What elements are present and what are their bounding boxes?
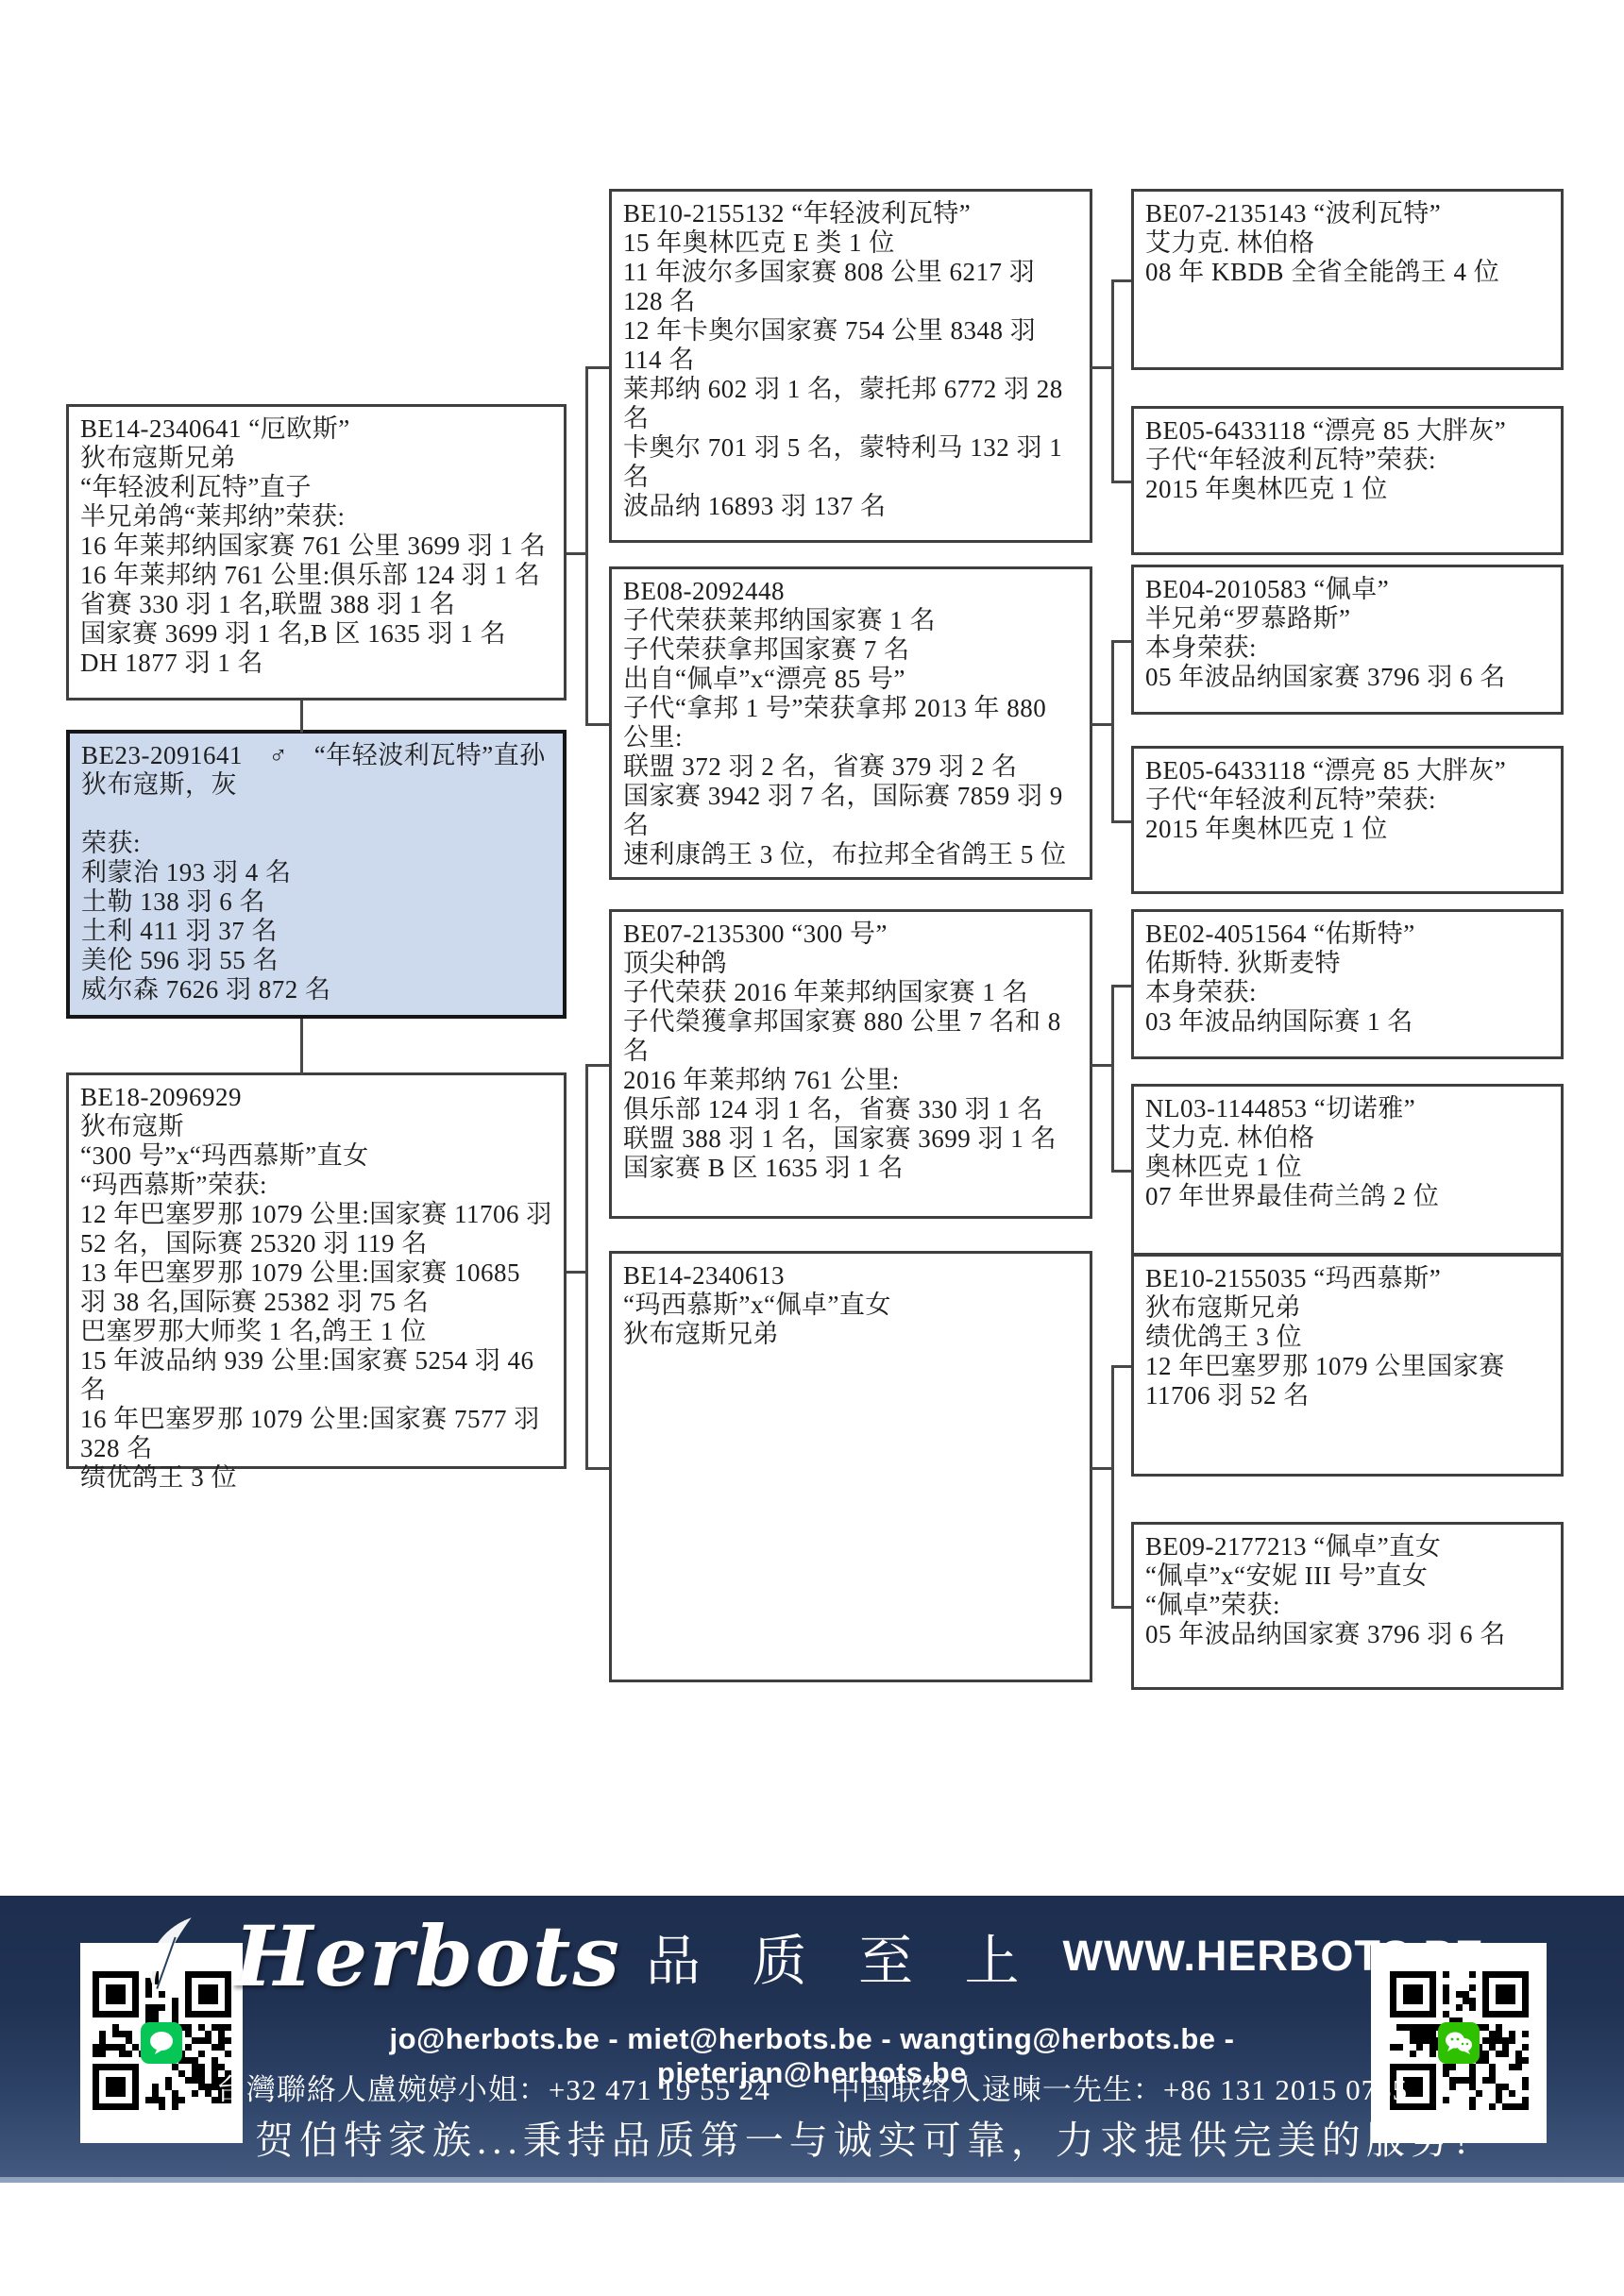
pedigree-line: 半兄弟鸽“莱邦纳”荣获: <box>80 502 552 532</box>
pedigree-line: 半兄弟“罗慕路斯” <box>1145 604 1549 633</box>
pedigree-line <box>81 800 551 829</box>
pedigree-line: BE05-6433118 “漂亮 85 大胖灰” <box>1145 416 1549 446</box>
pedigree-line: “玛西慕斯”x“佩卓”直女 <box>623 1291 1078 1320</box>
pedigree-connector <box>585 1064 588 1467</box>
pedigree-line: BE09-2177213 “佩卓”直女 <box>1145 1532 1549 1562</box>
pedigree-connector <box>1111 1365 1114 1606</box>
pedigree-document: BE14-2340641 “厄欧斯”狄布寇斯兄弟“年轻波利瓦特”直子半兄弟鸽“莱… <box>0 0 1624 2296</box>
pedigree-line: 顶尖种鸽 <box>623 949 1078 978</box>
brand-row: Herbots 品 质 至 上 WWW.HERBOTS.BE <box>255 1909 1369 2003</box>
pedigree-connector <box>585 366 588 724</box>
pedigree-line: BE02-4051564 “佑斯特” <box>1145 920 1549 949</box>
pedigree-line: 美伦 596 羽 55 名 <box>81 946 551 975</box>
pedigree-connector <box>585 1467 609 1470</box>
contact-taiwan: 台灣聯絡人盧婉婷小姐：+32 471 19 55 24 <box>216 2066 770 2108</box>
pedigree-box-r6: NL03-1144853 “切诺雅”艾力克. 林伯格奥林匹克 1 位07 年世界… <box>1131 1084 1564 1256</box>
pedigree-line: “玛西慕斯”荣获: <box>80 1171 552 1200</box>
pedigree-line: 2015 年奥林匹克 1 位 <box>1145 815 1549 844</box>
pedigree-line: 子代“年轻波利瓦特”荣获: <box>1145 446 1549 475</box>
pedigree-line: 子代“拿邦 1 号”荣获拿邦 2013 年 880 公里: <box>623 694 1078 752</box>
pedigree-line: 15 年波品纳 939 公里:国家赛 5254 羽 46 名 <box>80 1346 552 1405</box>
pedigree-line: 绩优鸽王 3 位 <box>1145 1323 1549 1352</box>
pedigree-connector <box>585 723 609 726</box>
pedigree-line: 13 年巴塞罗那 1079 公里:国家赛 10685 羽 38 名,国际赛 25… <box>80 1258 552 1317</box>
pedigree-line: 12 年卡奥尔国家赛 754 公里 8348 羽 114 名 <box>623 316 1078 375</box>
pedigree-line: 07 年世界最佳荷兰鸽 2 位 <box>1145 1182 1549 1211</box>
footer-slogan: 贺伯特家族...秉持品质第一与诚实可靠，力求提供完美的服务! <box>255 2109 1369 2165</box>
pedigree-connector <box>1111 640 1131 643</box>
pedigree-box-r3: BE04-2010583 “佩卓”半兄弟“罗慕路斯”本身荣获:05 年波品纳国家… <box>1131 565 1564 715</box>
pedigree-line: 奥林匹克 1 位 <box>1145 1153 1549 1182</box>
pedigree-line: 子代荣获 2016 年莱邦纳国家赛 1 名 <box>623 978 1078 1007</box>
pedigree-line: 08 年 KBDB 全省全能鸽王 4 位 <box>1145 258 1549 287</box>
pedigree-connector <box>1111 481 1131 483</box>
pedigree-line: 子代荣获莱邦纳国家赛 1 名 <box>623 606 1078 635</box>
pedigree-box-m3: BE07-2135300 “300 号”顶尖种鸽子代荣获 2016 年莱邦纳国家… <box>609 909 1092 1219</box>
pedigree-line: 12 年巴塞罗那 1079 公里:国家赛 11706 羽 52 名，国际赛 25… <box>80 1200 552 1258</box>
pedigree-box-m4: BE14-2340613“玛西慕斯”x“佩卓”直女狄布寇斯兄弟 <box>609 1251 1092 1682</box>
pedigree-box-r1: BE07-2135143 “波利瓦特”艾力克. 林伯格08 年 KBDB 全省全… <box>1131 189 1564 370</box>
pedigree-line: 国家赛 3699 羽 1 名,B 区 1635 羽 1 名 <box>80 619 552 649</box>
pedigree-line: 国家赛 B 区 1635 羽 1 名 <box>623 1154 1078 1183</box>
pedigree-line: 2015 年奥林匹克 1 位 <box>1145 475 1549 504</box>
pedigree-line: 波品纳 16893 羽 137 名 <box>623 492 1078 521</box>
pedigree-line: “佩卓”荣获: <box>1145 1591 1549 1620</box>
pedigree-box-r5: BE02-4051564 “佑斯特”佑斯特. 狄斯麦特本身荣获:03 年波品纳国… <box>1131 909 1564 1059</box>
pedigree-line: BE18-2096929 <box>80 1083 552 1112</box>
pedigree-line: 子代荣获拿邦国家赛 7 名 <box>623 635 1078 665</box>
pedigree-line: 土利 411 羽 37 名 <box>81 917 551 946</box>
pedigree-line: BE08-2092448 <box>623 577 1078 606</box>
pedigree-box-m2: BE08-2092448子代荣获莱邦纳国家赛 1 名子代荣获拿邦国家赛 7 名出… <box>609 566 1092 880</box>
pedigree-line: 狄布寇斯兄弟 <box>80 444 552 473</box>
pedigree-box-r2: BE05-6433118 “漂亮 85 大胖灰”子代“年轻波利瓦特”荣获:201… <box>1131 406 1564 555</box>
pedigree-line: 本身荣获: <box>1145 633 1549 663</box>
pedigree-line: “300 号”x“玛西慕斯”直女 <box>80 1141 552 1171</box>
pedigree-line: BE10-2155035 “玛西慕斯” <box>1145 1264 1549 1293</box>
pedigree-line: 出自“佩卓”x“漂亮 85 号” <box>623 665 1078 694</box>
pedigree-connector <box>585 366 609 369</box>
pedigree-line: 本身荣获: <box>1145 978 1549 1007</box>
pedigree-connector <box>300 701 303 733</box>
pedigree-box-r4: BE05-6433118 “漂亮 85 大胖灰”子代“年轻波利瓦特”荣获:201… <box>1131 746 1564 894</box>
pedigree-connector <box>1111 820 1131 823</box>
pedigree-line: 佑斯特. 狄斯麦特 <box>1145 949 1549 978</box>
wechat-app-icon <box>1438 2022 1480 2064</box>
pedigree-line: 12 年巴塞罗那 1079 公里国家赛 11706 羽 52 名 <box>1145 1352 1549 1410</box>
pedigree-line: BE23-2091641 ♂ “年轻波利瓦特”直孙 <box>81 741 551 770</box>
pedigree-line: 艾力克. 林伯格 <box>1145 228 1549 258</box>
pedigree-line: 子代“年轻波利瓦特”荣获: <box>1145 785 1549 815</box>
pedigree-connector <box>1111 640 1114 820</box>
pedigree-line: 速利康鸽王 3 位，布拉邦全省鸽王 5 位 <box>623 840 1078 869</box>
pedigree-line: 卡奥尔 701 羽 5 名，蒙特利马 132 羽 1 名 <box>623 433 1078 492</box>
pedigree-line: 狄布寇斯 <box>80 1112 552 1141</box>
pedigree-box-mother: BE18-2096929狄布寇斯“300 号”x“玛西慕斯”直女“玛西慕斯”荣获… <box>66 1072 567 1469</box>
pedigree-line: 巴塞罗那大师奖 1 名,鸽王 1 位 <box>80 1317 552 1346</box>
contact-china: 中国联络人逯暕一先生：+86 131 2015 0755 <box>831 2066 1408 2108</box>
pedigree-connector <box>1111 279 1131 282</box>
pedigree-line: BE10-2155132 “年轻波利瓦特” <box>623 199 1078 228</box>
pedigree-connector <box>1111 985 1131 988</box>
pedigree-connector <box>1111 1170 1131 1173</box>
pedigree-line: 狄布寇斯兄弟 <box>1145 1293 1549 1323</box>
line-app-icon <box>141 2022 182 2064</box>
pedigree-line: DH 1877 羽 1 名 <box>80 649 552 678</box>
pedigree-line: BE04-2010583 “佩卓” <box>1145 575 1549 604</box>
pedigree-line: 16 年莱邦纳国家赛 761 公里 3699 羽 1 名 <box>80 532 552 561</box>
pedigree-connector <box>585 1064 609 1067</box>
pedigree-line: BE14-2340641 “厄欧斯” <box>80 414 552 444</box>
pedigree-line: 11 年波尔多国家赛 808 公里 6217 羽 128 名 <box>623 258 1078 316</box>
pedigree-line: 联盟 372 羽 2 名，省赛 379 羽 2 名 <box>623 752 1078 782</box>
pedigree-line: 莱邦纳 602 羽 1 名，蒙托邦 6772 羽 28 名 <box>623 375 1078 433</box>
pedigree-box-m1: BE10-2155132 “年轻波利瓦特”15 年奥林匹克 E 类 1 位11 … <box>609 189 1092 543</box>
pedigree-line: 荣获: <box>81 829 551 858</box>
pedigree-line: 威尔森 7626 羽 872 名 <box>81 975 551 1004</box>
pedigree-line: 子代榮獲拿邦国家赛 880 公里 7 名和 8 名 <box>623 1007 1078 1066</box>
pedigree-box-subject: BE23-2091641 ♂ “年轻波利瓦特”直孙狄布寇斯，灰荣获:利蒙治 19… <box>66 730 567 1019</box>
pedigree-connector <box>300 1019 303 1075</box>
pedigree-line: 俱乐部 124 羽 1 名，省赛 330 羽 1 名 <box>623 1095 1078 1124</box>
pedigree-box-father: BE14-2340641 “厄欧斯”狄布寇斯兄弟“年轻波利瓦特”直子半兄弟鸽“莱… <box>66 404 567 701</box>
pedigree-line: 05 年波品纳国家赛 3796 羽 6 名 <box>1145 1620 1549 1649</box>
brand-logo-text: Herbots <box>234 1909 621 2003</box>
pedigree-box-r7: BE10-2155035 “玛西慕斯”狄布寇斯兄弟绩优鸽王 3 位12 年巴塞罗… <box>1131 1254 1564 1477</box>
pedigree-line: 艾力克. 林伯格 <box>1145 1123 1549 1153</box>
pedigree-line: 国家赛 3942 羽 7 名，国际赛 7859 羽 9 名 <box>623 782 1078 840</box>
website-url: WWW.HERBOTS.BE <box>1062 1932 1483 1981</box>
brand-tagline: 品 质 至 上 <box>646 1916 1039 1996</box>
pedigree-line: 土勒 138 羽 6 名 <box>81 887 551 917</box>
pedigree-line: 05 年波品纳国家赛 3796 羽 6 名 <box>1145 663 1549 692</box>
pedigree-line: BE14-2340613 <box>623 1261 1078 1291</box>
pedigree-line: 狄布寇斯兄弟 <box>623 1320 1078 1349</box>
pedigree-line: 绩优鸽王 3 位 <box>80 1463 552 1493</box>
pedigree-line: 狄布寇斯，灰 <box>81 770 551 800</box>
pedigree-line: BE05-6433118 “漂亮 85 大胖灰” <box>1145 756 1549 785</box>
pedigree-line: “佩卓”x“安妮 III 号”直女 <box>1145 1562 1549 1591</box>
pedigree-connector <box>1111 985 1114 1171</box>
pedigree-line: “年轻波利瓦特”直子 <box>80 473 552 502</box>
pedigree-connector <box>1111 279 1114 481</box>
pedigree-line: 省赛 330 羽 1 名,联盟 388 羽 1 名 <box>80 590 552 619</box>
pedigree-line: NL03-1144853 “切诺雅” <box>1145 1094 1549 1123</box>
contact-row: 台灣聯絡人盧婉婷小姐：+32 471 19 55 24 中国联络人逯暕一先生：+… <box>255 2066 1369 2108</box>
pedigree-line: 利蒙治 193 羽 4 名 <box>81 858 551 887</box>
pedigree-line: 03 年波品纳国际赛 1 名 <box>1145 1007 1549 1037</box>
pedigree-line: BE07-2135143 “波利瓦特” <box>1145 199 1549 228</box>
pedigree-box-r8: BE09-2177213 “佩卓”直女“佩卓”x“安妮 III 号”直女“佩卓”… <box>1131 1522 1564 1690</box>
pedigree-line: 16 年莱邦纳 761 公里:俱乐部 124 羽 1 名 <box>80 561 552 590</box>
pedigree-line: 联盟 388 羽 1 名，国家赛 3699 羽 1 名 <box>623 1124 1078 1154</box>
pedigree-line: 2016 年莱邦纳 761 公里: <box>623 1066 1078 1095</box>
pedigree-connector <box>1111 1365 1131 1368</box>
pedigree-line: 16 年巴塞罗那 1079 公里:国家赛 7577 羽 328 名 <box>80 1405 552 1463</box>
pedigree-line: BE07-2135300 “300 号” <box>623 920 1078 949</box>
footer-banner: Herbots 品 质 至 上 WWW.HERBOTS.BE jo@herbot… <box>0 1896 1624 2183</box>
pedigree-connector <box>1111 1606 1131 1609</box>
pedigree-line: 15 年奥林匹克 E 类 1 位 <box>623 228 1078 258</box>
